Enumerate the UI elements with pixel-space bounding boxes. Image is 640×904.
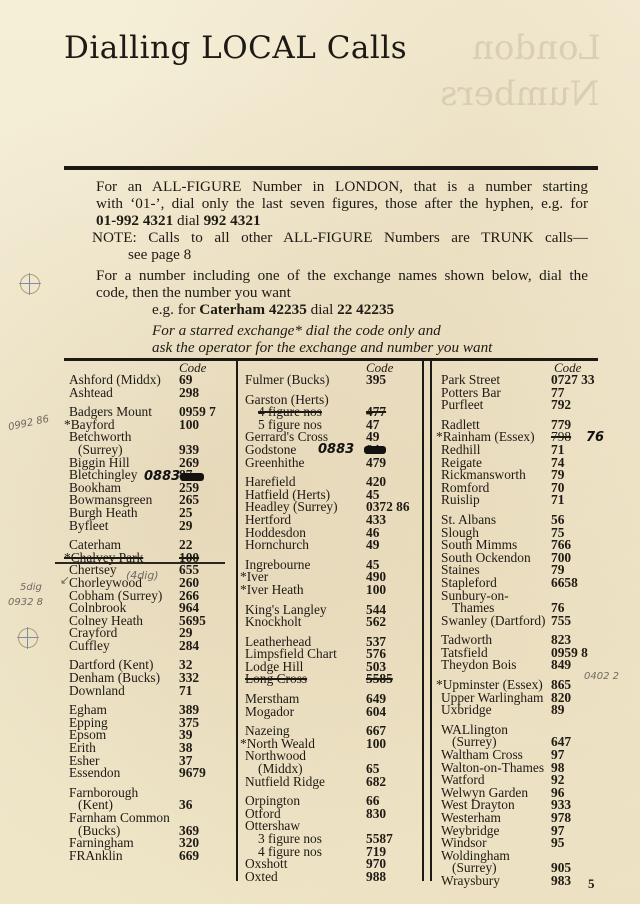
handwritten-upminster-code: 0402 2 (584, 671, 619, 682)
dialling-code: 71 (551, 494, 564, 507)
exchange-name: Swanley (Dartford) (432, 615, 545, 628)
example-dial-code: 22 42235 (337, 301, 394, 318)
caterham-example: e.g. for Caterham 42235 dial 22 42235 (96, 301, 588, 318)
exchange-name: Knockholt (238, 616, 302, 629)
dialling-code: 95 (551, 837, 564, 850)
ink-blot-godstone (364, 446, 386, 454)
punch-hole-mark-top (20, 274, 40, 294)
london-example: 01-992 4321 dial 992 4321 (96, 212, 588, 229)
dialling-code: 604 (366, 706, 386, 719)
dialling-code: 562 (366, 616, 386, 629)
handwritten-chertsey-note: (4dig) (126, 569, 159, 582)
dialling-code: 100 (366, 738, 386, 751)
dialling-code: 49 (366, 539, 379, 552)
exchange-entry: Purfleet792 (432, 399, 632, 412)
exchange-entry: Fulmer (Bucks)395 (238, 374, 422, 387)
dialling-code: 792 (551, 399, 571, 412)
trunk-note: NOTE: Calls to all other ALL-FIGURE Numb… (92, 229, 588, 246)
exchange-name: FRAnklin (64, 850, 123, 863)
exchange-column-f-o: Code Fulmer (Bucks)395Garston (Herts)4 f… (236, 361, 424, 881)
dialling-code: 100 (179, 419, 199, 432)
dialling-code: 983 (551, 875, 571, 888)
exchange-entry: Iver Heath100 (238, 584, 422, 597)
handwritten-rainham-new-code: 76 (586, 430, 604, 445)
exchange-entry: Ashtead298 (64, 387, 234, 400)
dialling-code: 849 (551, 659, 571, 672)
dialling-code: 9679 (179, 767, 206, 780)
exchange-name: Downland (64, 685, 125, 698)
exchange-entry: Knockholt562 (238, 616, 422, 629)
dialling-code: 36 (179, 799, 192, 812)
exchange-list: Ashford (Middx)69Ashtead298Badgers Mount… (64, 374, 234, 862)
exchange-name: Oxted (238, 871, 278, 884)
exchange-entry: Cuffley284 (64, 640, 234, 653)
exchange-name: Ruislip (432, 494, 480, 507)
exchange-name: Theydon Bois (432, 659, 517, 672)
dialling-code: 6658 (551, 577, 578, 590)
example-dial-text: dial (307, 301, 337, 318)
example-full-number: 01-992 4321 (96, 212, 173, 229)
exchange-name: Cuffley (64, 640, 110, 653)
handwritten-bletchingley-prefix: 0883 (144, 469, 180, 484)
example-prefix: e.g. for (152, 301, 199, 318)
handwritten-5dig: 5dig (20, 582, 42, 593)
exchange-entry: Mogador604 (238, 706, 422, 719)
dialling-code: 830 (366, 808, 386, 821)
exchange-name: Byfleet (64, 520, 108, 533)
exchange-entry: FRAnklin669 (64, 850, 234, 863)
bleed-through-numbers: Numbers (440, 74, 599, 114)
starred-exchange-note-line1: For a starred exchange* dial the code on… (96, 322, 588, 339)
title-rule (64, 166, 598, 170)
dialling-code: 988 (366, 871, 386, 884)
london-instruction-line1: For an ALL-FIGURE Number in LONDON, that… (96, 178, 588, 195)
dialling-code: 479 (366, 457, 386, 470)
exchange-entry: Uxbridge89 (432, 704, 632, 717)
exchange-name: Mogador (238, 706, 294, 719)
starred-exchange-note-line2: ask the operator for the exchange and nu… (96, 339, 588, 356)
exchange-name: Hornchurch (238, 539, 309, 552)
exchange-entry: Essendon9679 (64, 767, 234, 780)
example-exchange-number: Caterham 42235 (199, 301, 307, 318)
ink-blot-bletchingley (180, 473, 204, 481)
exchange-entry: Greenhithe479 (238, 457, 422, 470)
exchange-instruction-line2: code, then the number you want (96, 284, 588, 301)
exchange-column-a-f: Code Ashford (Middx)69Ashtead298Badgers … (64, 361, 234, 862)
exchange-name: Wraysbury (432, 875, 500, 888)
exchange-instruction-line1: For a number including one of the exchan… (96, 267, 588, 284)
handwritten-0932: 0932 8 (8, 597, 43, 608)
dialling-code: 100 (366, 584, 386, 597)
page-number: 5 (588, 876, 595, 892)
dialling-code: 755 (551, 615, 571, 628)
dialling-code: 71 (179, 685, 192, 698)
dialling-code: 298 (179, 387, 199, 400)
strike-chalvey-park (55, 562, 225, 564)
dialling-code: 89 (551, 704, 564, 717)
exchange-entry: Swanley (Dartford)755 (432, 615, 632, 628)
exchange-name: Long Cross (238, 673, 307, 686)
exchange-list: Park Street0727 33Potters Bar77Purfleet7… (432, 374, 632, 888)
exchange-entry: Long Cross5585 (238, 673, 422, 686)
exchange-entry: Wraysbury983 (432, 875, 632, 888)
exchange-name: Greenhithe (238, 457, 305, 470)
exchange-name: Nutfield Ridge (238, 776, 325, 789)
handwritten-arrow: ↙ (60, 573, 70, 587)
dialling-code: 669 (179, 850, 199, 863)
dialling-code: 284 (179, 640, 199, 653)
instructions: For an ALL-FIGURE Number in LONDON, that… (96, 178, 588, 356)
london-instruction-line2: with ‘01-’, dial only the last seven fig… (96, 195, 588, 212)
exchange-entry: Oxted988 (238, 871, 422, 884)
exchange-name: Essendon (64, 767, 120, 780)
exchange-entry: Downland71 (64, 685, 234, 698)
dialling-code: 682 (366, 776, 386, 789)
exchange-name: Uxbridge (432, 704, 492, 717)
trunk-note-see-page: see page 8 (96, 246, 588, 263)
exchange-entry: Ruislip71 (432, 494, 632, 507)
dialling-code: 29 (179, 520, 192, 533)
bleed-through-london: London (472, 28, 601, 68)
exchange-entry: Hornchurch49 (238, 539, 422, 552)
punch-hole-mark-bottom (18, 628, 38, 648)
exchange-name: Fulmer (Bucks) (238, 374, 329, 387)
handwritten-bayford-code: 0992 86 (7, 414, 50, 433)
example-dialled-number: 992 4321 (204, 212, 261, 229)
example-dial-text: dial (173, 212, 203, 229)
exchange-name: Purfleet (432, 399, 483, 412)
dialling-code: 395 (366, 374, 386, 387)
exchange-entry: Nutfield Ridge682 (238, 776, 422, 789)
dialling-code: 5585 (366, 673, 393, 686)
page-title: Dialling LOCAL Calls (64, 30, 407, 66)
handwritten-godstone-prefix: 0883 (318, 442, 354, 457)
exchange-name: Iver Heath (238, 584, 304, 597)
exchange-entry: Byfleet29 (64, 520, 234, 533)
exchange-name: Ashtead (64, 387, 113, 400)
